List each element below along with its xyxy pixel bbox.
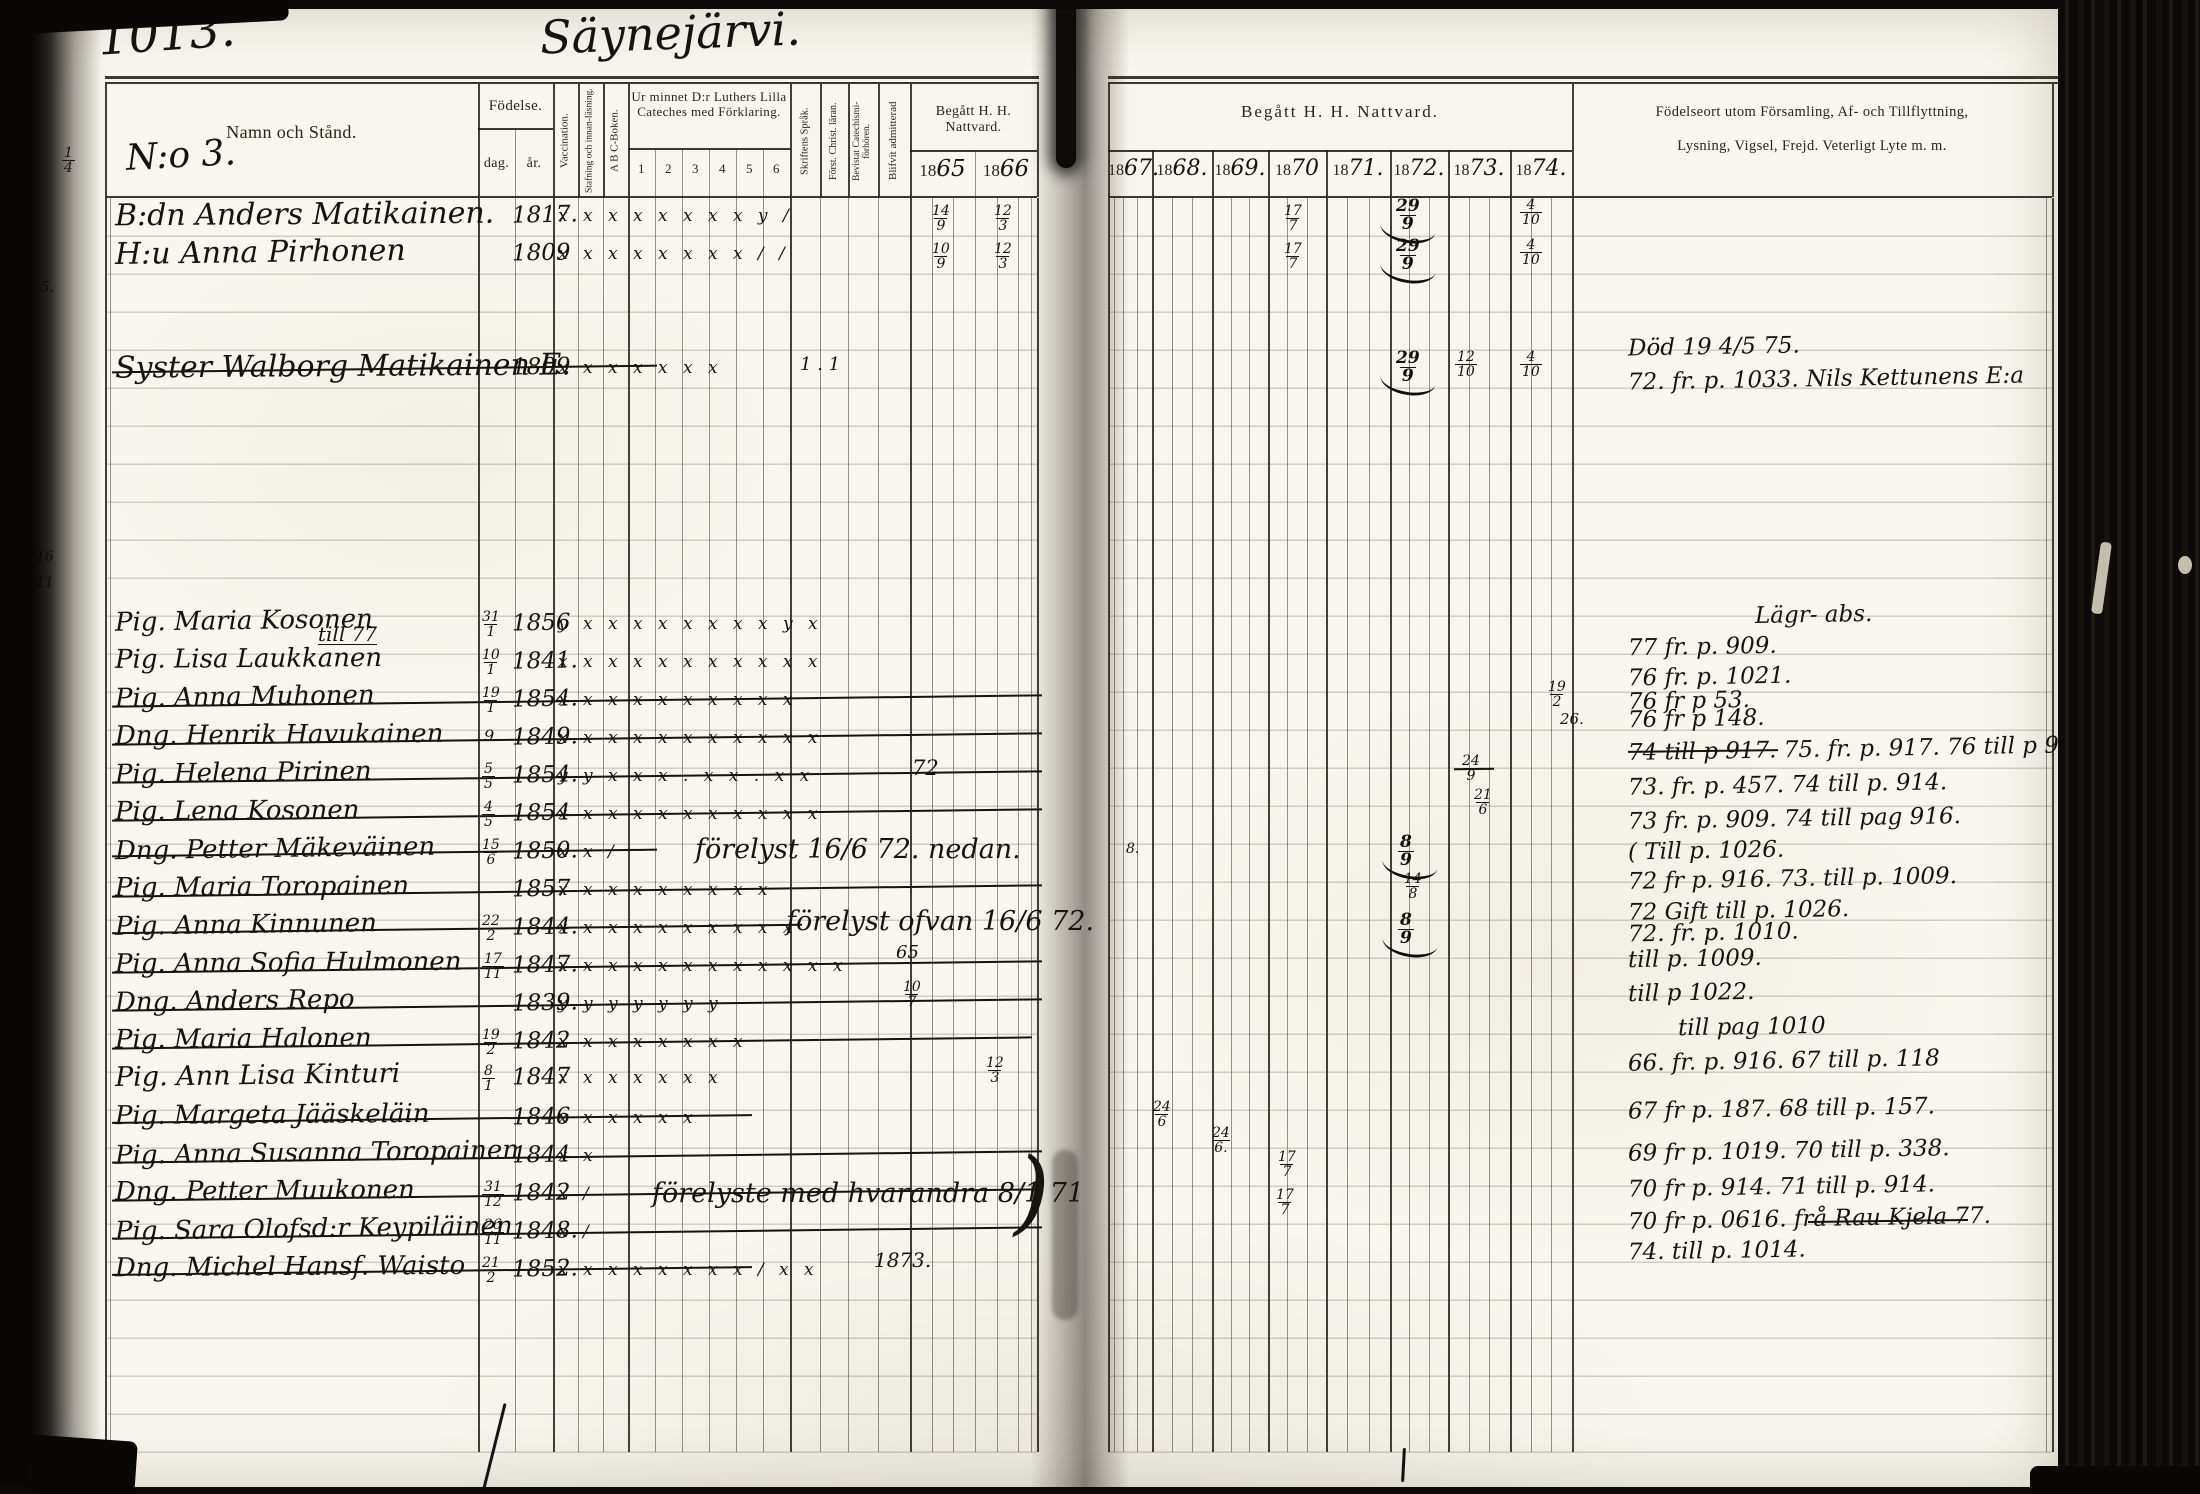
grid-vline: [1448, 150, 1450, 197]
frac-bottom: 10: [1520, 364, 1542, 379]
attended-exams-header: Bevistat Catechismi-förhören.: [848, 87, 878, 195]
catechism-col-number: 1: [628, 162, 655, 177]
year-cell: 1866: [975, 156, 1037, 182]
frac-top: 10: [903, 980, 921, 994]
year-printed-prefix: 18: [1333, 162, 1349, 179]
year-printed-prefix: 18: [1275, 162, 1291, 179]
row-name: Pig. Anna Kinnunen: [115, 910, 377, 940]
cell-mark-fraction: 148: [1404, 872, 1422, 901]
frac-top: 17: [1278, 1150, 1296, 1164]
frac-bottom: 7: [1286, 218, 1299, 233]
grid-hline: [910, 150, 1037, 152]
year-handwritten-suffix: 69.: [1231, 156, 1266, 181]
frac-bottom: 6.: [1212, 1140, 1229, 1155]
frac-top: 22: [482, 914, 500, 928]
row-check-marks: x x /: [558, 844, 619, 861]
year-handwritten-suffix: 68.: [1173, 156, 1208, 181]
grid-vline: [628, 84, 630, 197]
grid-vline: [709, 150, 710, 197]
frac-top: 26: [484, 1218, 502, 1232]
grid-vline: [910, 84, 912, 197]
admitted-header: Blifvit admitterad: [878, 87, 910, 195]
cell-mark-fraction: 89: [1398, 834, 1414, 869]
row-superscript-note: till 77: [318, 624, 377, 645]
frac-bottom: 1: [484, 662, 497, 677]
frac-top: 17: [484, 952, 502, 966]
annotation-note: 73 fr. p. 909. 74 till pag 916.: [1628, 805, 1961, 834]
scan-edge-right: [2058, 0, 2200, 1494]
grid-vline: [2052, 198, 2054, 1452]
cell-mark-fraction: 192: [1548, 680, 1566, 709]
frac-top: 10: [932, 242, 950, 256]
year-printed-prefix: 18: [919, 161, 936, 180]
cell-mark-fraction: 299: [1396, 198, 1420, 233]
scan-edge-left: [0, 0, 102, 1494]
grid-vline: [478, 84, 480, 197]
frac-bottom: 3: [996, 256, 1009, 271]
scan-edge-bottom: [0, 1487, 2200, 1494]
cell-mark-fraction: 123: [994, 204, 1012, 233]
year-handwritten-suffix: 74.: [1532, 156, 1567, 181]
row-check-marks: x x x x x x x x x x x: [558, 654, 823, 671]
catechism-col-number: 2: [655, 162, 682, 177]
annotation-note: 77 fr. p. 909.: [1628, 635, 1777, 661]
cell-mark-fraction: 149: [932, 204, 950, 233]
script-language-header: Skriftens Språk.: [790, 87, 820, 195]
cell-mark-fraction: 123: [994, 242, 1012, 271]
frac-top: 10: [482, 648, 500, 662]
grid-vline: [682, 150, 683, 197]
year-cell: 1871.: [1326, 156, 1390, 181]
frac-bottom: 1: [482, 1078, 495, 1093]
row-name: Pig. Sara Olofsd:r Keypiläinen: [115, 1213, 513, 1245]
cell-mark-fraction: 177: [1284, 242, 1302, 271]
annotation-note: 72. fr. p. 1010.: [1628, 921, 1799, 947]
frac-bottom: 2: [1550, 694, 1563, 709]
binding-shadow-top: [1056, 0, 1076, 168]
row-name: B:dn Anders Matikainen.: [115, 199, 494, 232]
frac-bottom: 3: [996, 218, 1009, 233]
grid-vline: [1510, 150, 1512, 197]
cell-mark-text: 72: [912, 758, 939, 779]
row-name: Dng. Petter Mäkeväinen: [115, 834, 435, 864]
cell-mark-fraction: 410: [1520, 238, 1542, 267]
frac-top: 5: [484, 762, 493, 776]
catechism-col-number: 3: [682, 162, 709, 177]
frac-top: 17: [1276, 1188, 1294, 1202]
cell-mark-fraction: 107: [903, 980, 921, 1009]
row-name: Pig. Anna Susanna Toropainen: [115, 1137, 519, 1169]
cell-mark-fraction: 89: [1398, 912, 1414, 947]
grid-vline: [1152, 150, 1154, 197]
frac-bottom: 3: [988, 1070, 1001, 1085]
grid-vline: [878, 84, 880, 197]
annotation-note: 72 fr p. 916. 73. till p. 1009.: [1628, 865, 1957, 894]
grid-vline: [975, 150, 976, 197]
frac-bottom: 9: [934, 256, 947, 271]
year-printed-prefix: 18: [1454, 162, 1470, 179]
grid-vline: [1390, 150, 1392, 197]
frac-top: 21: [1474, 788, 1492, 802]
cell-mark-fraction: 109: [932, 242, 950, 271]
year-handwritten-suffix: 70: [1291, 156, 1319, 181]
cell-mark-text: 1873.: [874, 1250, 931, 1270]
page-title: Säynejärvi.: [539, 5, 801, 60]
frac-top: 14: [932, 204, 950, 218]
row-birth-day: 311: [482, 610, 500, 639]
frac-bottom: 7: [1280, 1164, 1293, 1179]
year-cell: 1868.: [1152, 156, 1212, 181]
frac-top: 12: [994, 204, 1012, 218]
grid-vline: [820, 84, 822, 197]
row-check-marks: x x x x x x x: [558, 360, 723, 377]
frac-top: 21: [482, 1256, 500, 1270]
cell-mark-text: 1 . 1: [800, 356, 840, 374]
catechism-col-number: 5: [736, 162, 763, 177]
cell-mark-fraction: 299: [1396, 350, 1420, 385]
frac-bottom: 9: [934, 218, 947, 233]
frac-top: 4: [1526, 238, 1535, 252]
year-handwritten-suffix: 65: [936, 156, 965, 182]
annotation-note: 76 fr p 148.: [1628, 707, 1765, 732]
grid-vline: [553, 84, 555, 197]
grid-vline: [790, 84, 792, 197]
row-name: Pig. Margeta Jääskeläin: [115, 1101, 430, 1129]
year-handwritten-suffix: 71.: [1349, 156, 1384, 181]
grid-vline: [848, 84, 850, 197]
row-name: Dng. Michel Hansf. Waisto: [115, 1253, 465, 1281]
row-name: Pig. Ann Lisa Kinturi: [115, 1060, 401, 1091]
row-check-marks: x x x x x x x: [558, 1070, 723, 1087]
frac-bottom: 1: [484, 624, 497, 639]
row-check-marks: y x x x x x x x x y x: [558, 616, 823, 633]
grid-vline: [763, 150, 764, 197]
year-handwritten-suffix: 66: [1000, 156, 1029, 182]
frac-top: 4: [1526, 350, 1535, 364]
scan-edge-top: [0, 0, 2200, 9]
grid-hline: [105, 76, 1039, 79]
row-name: H:u Anna Pirhonen: [115, 236, 406, 270]
cell-mark-fraction: 246: [1153, 1100, 1171, 1129]
cell-mark-fraction: 246.: [1212, 1126, 1230, 1155]
frac-bottom: 7: [1286, 256, 1299, 271]
frac-top: 12: [1457, 350, 1475, 364]
frac-bottom: 7: [905, 994, 918, 1009]
grid-hline: [1108, 76, 2058, 79]
frac-top: 24: [1462, 754, 1480, 768]
annotation-note: 76 fr. p. 1021.: [1628, 665, 1792, 691]
scan-root: 1013. Säynejärvi. Namn och Stånd. N:o 3.…: [0, 0, 2200, 1494]
vaccination-header: Vaccination.: [553, 87, 578, 195]
cell-mark-text: 65: [896, 944, 919, 962]
birth-header: Födelse.: [478, 98, 553, 115]
group-number: N:o 3.: [125, 135, 237, 177]
row-birth-day: 81: [482, 1064, 495, 1093]
cell-mark-text: 26.: [1560, 712, 1584, 727]
grid-vline: [655, 150, 656, 197]
annotation-note: till pag 1010: [1678, 1015, 1826, 1041]
communion-header-right: Begått H. H. Nattvard.: [1108, 102, 1572, 121]
cell-mark-fraction: 1210: [1455, 350, 1477, 379]
communion-header-left: Begått H. H. Nattvard.: [910, 104, 1037, 135]
birth-year-header: år.: [515, 156, 553, 172]
frac-top: 19: [482, 1028, 500, 1042]
annotation-note: Lägr- abs.: [1755, 603, 1873, 628]
edge-blot-3: [2030, 1466, 2200, 1494]
year-cell: 1865: [910, 156, 975, 182]
grid-vline: [603, 84, 605, 197]
frac-bottom: 7: [1278, 1202, 1291, 1217]
frac-top: 4: [1526, 198, 1535, 212]
year-printed-prefix: 18: [1215, 162, 1231, 179]
annotation-note: 73. fr. p. 457. 74 till p. 914.: [1628, 771, 1947, 800]
year-printed-prefix: 18: [983, 161, 1000, 180]
frac-top: 17: [1284, 242, 1302, 256]
year-cell: 1872.: [1390, 156, 1448, 181]
cell-mark-fraction: 410: [1520, 198, 1542, 227]
grid-vline: [105, 84, 107, 197]
row-birth-day: 9.: [484, 728, 499, 744]
annotation-note: Död 19 4/5 75.: [1628, 335, 1800, 361]
frac-bottom: 6: [1155, 1114, 1168, 1129]
cell-mark-fraction: 177: [1276, 1188, 1294, 1217]
grid-vline: [736, 150, 737, 197]
year-cell: 1873.: [1448, 156, 1510, 181]
frac-top: 19: [1548, 680, 1566, 694]
birthplace-header-line1: Födelseort utom Församling, Af- och Till…: [1572, 104, 2052, 120]
year-handwritten-suffix: 73.: [1470, 156, 1505, 181]
grid-vline: [2052, 84, 2054, 197]
annotation-note: till p. 1009.: [1628, 947, 1762, 972]
frac-top: 31: [484, 1180, 502, 1194]
binding-shadow-bottom: [1052, 1150, 1078, 1320]
annotation-note: 69 fr p. 1019. 70 till p. 338.: [1628, 1137, 1950, 1166]
frac-top: 31: [482, 610, 500, 624]
cell-mark-fraction: 216: [1474, 788, 1492, 817]
annotation-note: 70 fr p. 914. 71 till p. 914.: [1628, 1173, 1935, 1201]
frac-bottom: 8: [1406, 886, 1419, 901]
inline-note: förelyst 16/6 72. nedan.: [695, 836, 1021, 863]
grid-hline: [105, 82, 1039, 84]
frac-bottom: 10: [1520, 252, 1542, 267]
catechism-col-number: 6: [763, 162, 790, 177]
grid-vline: [1212, 150, 1214, 197]
year-printed-prefix: 18: [1157, 162, 1173, 179]
annotation-note: 74. till p. 1014.: [1628, 1238, 1806, 1264]
annotation-note: 66. fr. p. 916. 67 till p. 118: [1628, 1047, 1940, 1075]
grid-vline: [578, 84, 580, 197]
grid-hline: [1108, 150, 1572, 152]
year-handwritten-suffix: 72.: [1410, 156, 1445, 181]
cell-mark-fraction: 177: [1278, 1150, 1296, 1179]
frac-top: 19: [482, 686, 500, 700]
frac-bottom: 10: [1520, 212, 1542, 227]
frac-top: 17: [1284, 204, 1302, 218]
grid-vline: [1326, 150, 1328, 197]
frac-bottom: 2: [484, 928, 497, 943]
edge-blot-2: [24, 1434, 138, 1494]
frac-top: 12: [986, 1056, 1004, 1070]
grid-hline: [1108, 82, 2058, 84]
frac-bottom: 6: [1476, 802, 1489, 817]
frac-top: 12: [994, 242, 1012, 256]
frac-top: 14: [1404, 872, 1422, 886]
spelling-header: Stafning och innan-läsning.: [578, 87, 603, 195]
cell-mark-fraction: 410: [1520, 350, 1542, 379]
grid-vline: [1572, 84, 1574, 197]
frac-bottom: 10: [1455, 364, 1477, 379]
annotation-note: ( Till p. 1026.: [1628, 839, 1785, 865]
grid-vline: [515, 128, 516, 197]
frac-top: 24: [1212, 1126, 1230, 1140]
frac-top: 4: [484, 800, 493, 814]
catechism-col-number: 4: [709, 162, 736, 177]
row-check-marks: x x x x x x x x / x x: [558, 1262, 819, 1279]
frac-top: 24: [1153, 1100, 1171, 1114]
row-check-marks: x x x x x x x x y /: [558, 208, 794, 225]
christianity-header: Först. Christ. läran.: [820, 87, 848, 195]
binding-gutter: [1030, 0, 1130, 1494]
birthplace-header-line2: Lysning, Vigsel, Frejd. Veterligt Lyte m…: [1572, 138, 2052, 154]
cell-mark-strike: [1454, 768, 1494, 771]
row-check-marks: x x x x x x x x / /: [558, 246, 790, 263]
row-name: Pig. Lisa Laukkanen: [115, 645, 382, 673]
row-birth-day: 101: [482, 648, 500, 677]
cell-mark-fraction: 123: [986, 1056, 1004, 1085]
year-cell: 1870: [1268, 156, 1326, 181]
birth-day-header: dag.: [478, 156, 515, 172]
abc-book-header: A B C-Boken.: [603, 87, 628, 195]
annotation-note: 67 fr p. 187. 68 till p. 157.: [1628, 1095, 1935, 1123]
frac-bottom: 6: [484, 852, 497, 867]
grid-vline: [1268, 150, 1270, 197]
frac-bottom: 2: [484, 1270, 497, 1285]
frac-top: 8: [484, 1064, 493, 1078]
year-printed-prefix: 18: [1394, 162, 1410, 179]
cell-mark-fraction: 177: [1284, 204, 1302, 233]
year-printed-prefix: 18: [1516, 162, 1532, 179]
catechism-header: Ur minnet D:r Luthers Lilla Cateches med…: [630, 90, 788, 119]
cell-mark-fraction: 299: [1396, 238, 1420, 273]
edge-scratch-2: [2178, 556, 2192, 574]
year-cell: 1869.: [1212, 156, 1268, 181]
annotation-note: till p 1022.: [1628, 981, 1755, 1006]
year-cell: 1874.: [1510, 156, 1572, 181]
